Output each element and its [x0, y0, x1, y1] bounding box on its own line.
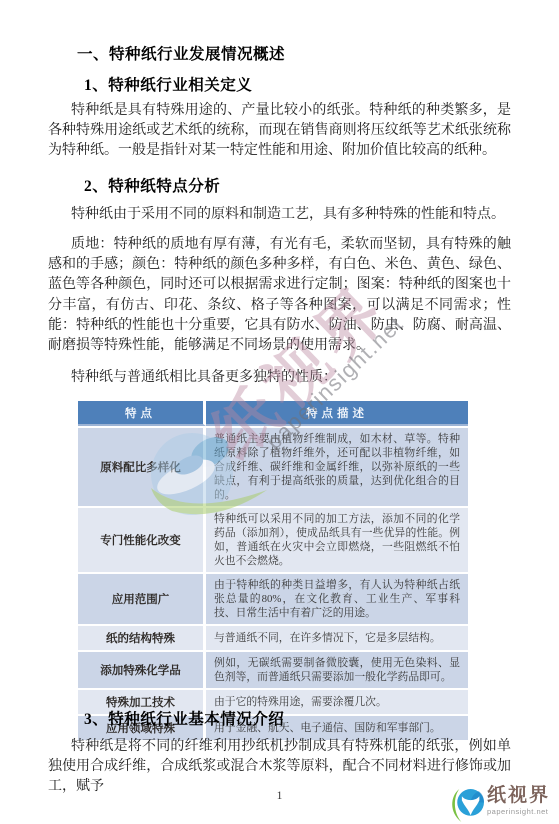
table-row: 纸的结构特殊 与普通纸不同，在许多情况下，它是多层结构。 [78, 626, 468, 650]
feature-cell: 应用范围广 [78, 574, 206, 624]
description-cell: 由于特种纸的种类日益增多，有人认为特种纸占纸张总量的80%，在文化教育、工业生产… [206, 574, 468, 624]
table-row: 专门性能化改变 特种纸可以采用不同的加工方法，添加不同的化学药品（添加剂），使成… [78, 508, 468, 572]
footer-brand-name: 纸视界 [487, 785, 550, 807]
document-page: 一、特种纸行业发展情况概述 1、特种纸行业相关定义 特种纸是具有特殊用途的、产量… [0, 0, 559, 824]
table-lead-in-paragraph: 特种纸与普通纸相比具备更多独特的性质： [48, 368, 511, 388]
description-cell: 普通纸主要由植物纤维制成，如木材、草等。特种纸原料除了植物纤维外，还可配以非植物… [206, 428, 468, 506]
feature-cell: 纸的结构特殊 [78, 626, 206, 650]
table-row: 原料配比多样化 普通纸主要由植物纤维制成，如木材、草等。特种纸原料除了植物纤维外… [78, 428, 468, 506]
paperinsight-logo-icon [448, 787, 485, 824]
feature-cell: 添加特殊化学品 [78, 652, 206, 688]
description-cell: 特种纸可以采用不同的加工方法，添加不同的化学药品（添加剂），使成品纸具有一些优异… [206, 508, 468, 572]
footer-brand: 纸视界 paperinsight.net [448, 785, 550, 824]
subsection-2-heading: 2、特种纸特点分析 [84, 174, 220, 196]
table-row: 添加特殊化学品 例如，无碳纸需要制备微胶囊，使用无色染料、显色剂等，而普通纸只需… [78, 652, 468, 688]
footer-brand-domain: paperinsight.net [487, 807, 550, 816]
table-row: 应用范围广 由于特种纸的种类日益增多，有人认为特种纸占纸张总量的80%，在文化教… [78, 574, 468, 624]
feature-cell: 原料配比多样化 [78, 428, 206, 506]
table-header-row: 特点 特点描述 [78, 401, 468, 426]
subsection-3-heading: 3、特种纸行业基本情况介绍 [84, 707, 284, 729]
feature-cell: 专门性能化改变 [78, 508, 206, 572]
definition-paragraph: 特种纸是具有特殊用途的、产量比较小的纸张。特种纸的种类繁多，是各种特殊用途纸或艺… [48, 101, 511, 162]
characteristics-detail-paragraph: 质地：特种纸的质地有厚有薄，有光有毛，柔软而坚韧，具有特殊的触感和的手感；颜色：… [48, 235, 511, 356]
description-cell: 例如，无碳纸需要制备微胶囊，使用无色染料、显色剂等，而普通纸只需要添加一般化学药… [206, 652, 468, 688]
section-1-heading: 一、特种纸行业发展情况概述 [77, 42, 285, 64]
table-header-feature: 特点 [78, 401, 206, 426]
characteristics-table: 特点 特点描述 原料配比多样化 普通纸主要由植物纤维制成，如木材、草等。特种纸原… [78, 399, 468, 742]
characteristics-intro-paragraph: 特种纸由于采用不同的原料和制造工艺，具有多种特殊的性能和特点。 [48, 205, 511, 225]
subsection-1-heading: 1、特种纸行业相关定义 [84, 73, 252, 95]
basic-situation-paragraph: 特种纸是将不同的纤维利用抄纸机抄制成具有特殊机能的纸张，例如单独使用合成纤维，合… [48, 737, 511, 798]
description-cell: 与普通纸不同，在许多情况下，它是多层结构。 [206, 626, 468, 650]
table-header-description: 特点描述 [206, 401, 468, 426]
